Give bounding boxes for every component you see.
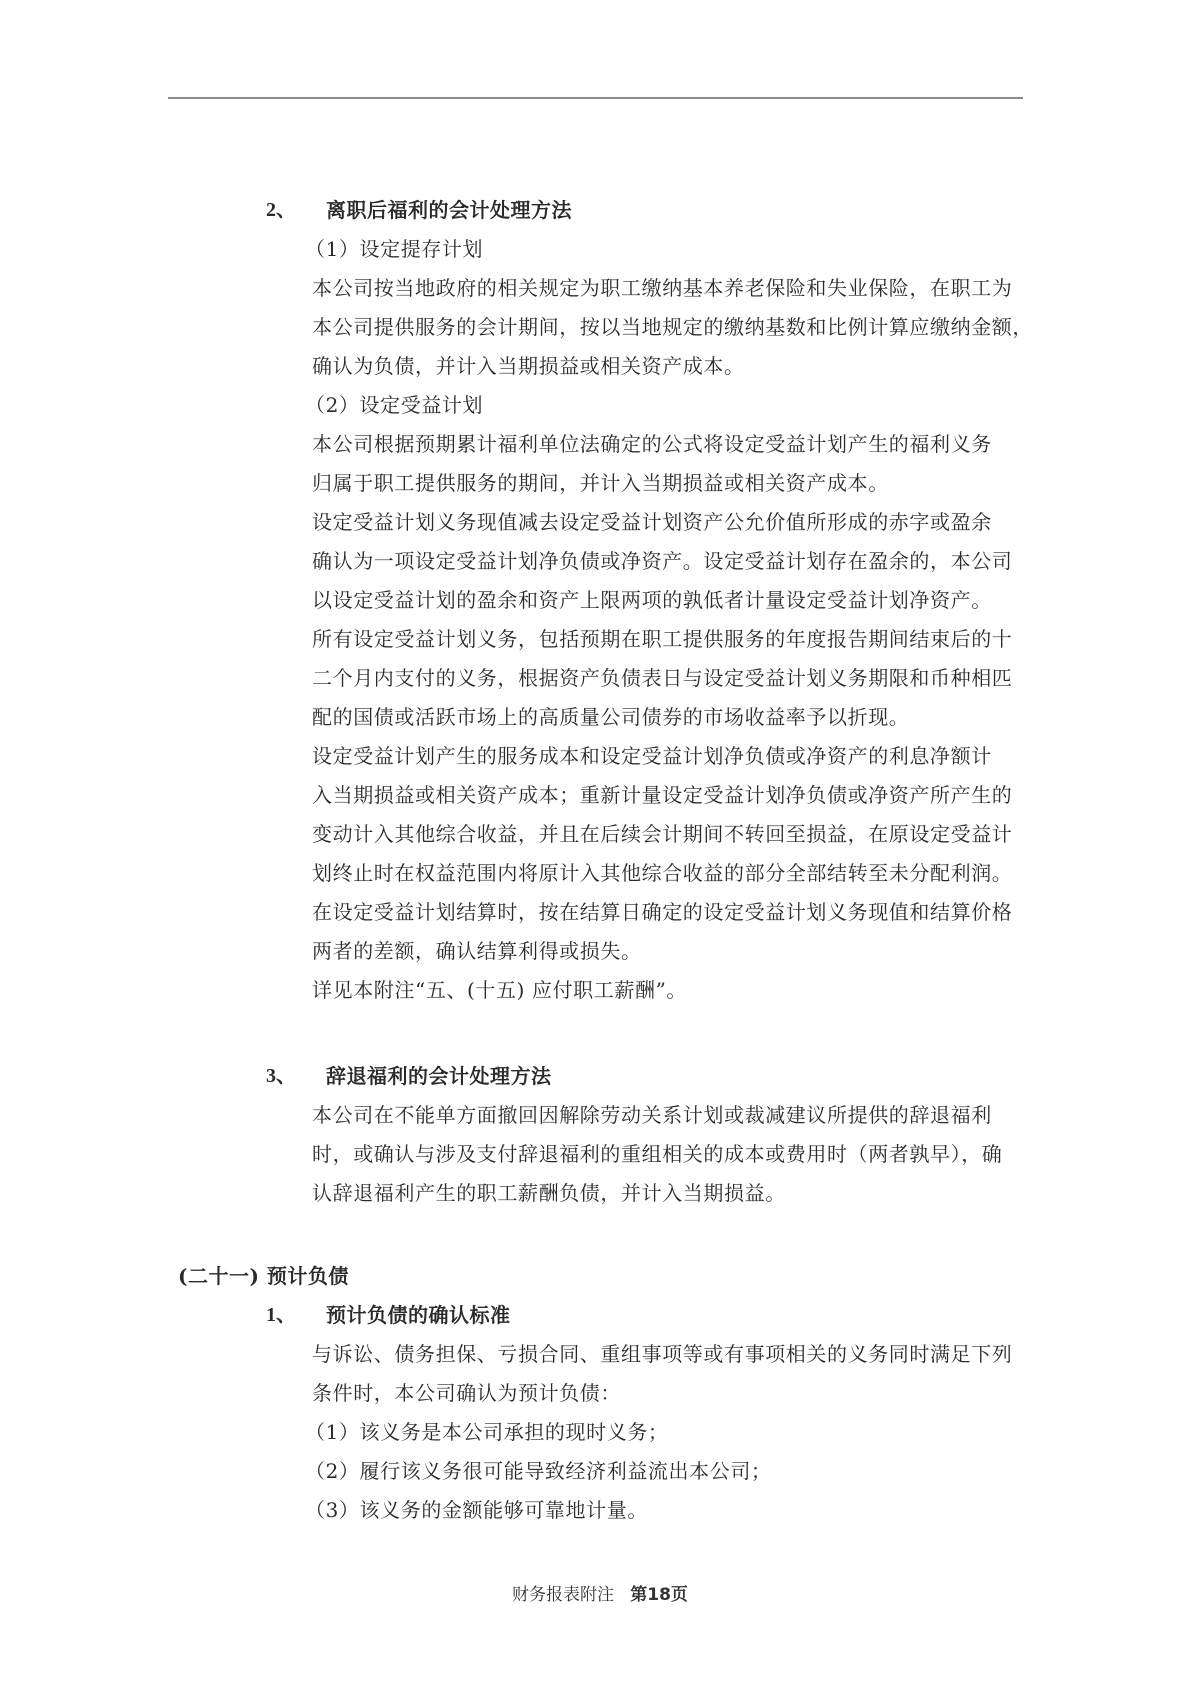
paragraph-line: 本公司根据预期累计福利单位法确定的公式将设定受益计划产生的福利义务 xyxy=(312,432,992,456)
section-heading: 辞退福利的会计处理方法 xyxy=(326,1064,552,1088)
paragraph-line: 确认为负债，并计入当期损益或相关资产成本。 xyxy=(312,354,745,378)
paragraph-line: 与诉讼、债务担保、亏损合同、重组事项等或有事项相关的义务同时满足下列 xyxy=(312,1342,1012,1366)
paragraph-line: 入当期损益或相关资产成本；重新计量设定受益计划净负债或净资产所产生的 xyxy=(312,783,1012,807)
paragraph-line: 划终止时在权益范围内将原计入其他综合收益的部分全部结转至未分配利润。 xyxy=(312,861,1012,885)
section-number: 1、 xyxy=(266,1303,296,1327)
subsection-heading: （1）设定提存计划 xyxy=(305,237,483,261)
list-item: （2）履行该义务很可能导致经济利益流出本公司； xyxy=(305,1459,772,1483)
chapter-heading: (二十一) 预计负债 xyxy=(178,1264,349,1288)
paragraph-line: 认辞退福利产生的职工薪酬负债，并计入当期损益。 xyxy=(312,1181,786,1205)
section-heading: 离职后福利的会计处理方法 xyxy=(326,198,572,222)
paragraph-line: 所有设定受益计划义务，包括预期在职工提供服务的年度报告期间结束后的十 xyxy=(312,627,1012,651)
page-footer: 财务报表附注 第18页 xyxy=(0,1580,1200,1605)
paragraph-line: 归属于职工提供服务的期间，并计入当期损益或相关资产成本。 xyxy=(312,471,889,495)
paragraph-line: 本公司提供服务的会计期间，按以当地规定的缴纳基数和比例计算应缴纳金额， xyxy=(312,315,1033,339)
section-number: 2、 xyxy=(266,198,296,222)
cross-reference: 详见本附注“五、(十五) 应付职工薪酬”。 xyxy=(312,978,687,1002)
paragraph-line: 本公司在不能单方面撤回因解除劳动关系计划或裁减建议所提供的辞退福利 xyxy=(312,1103,992,1127)
section-heading: 预计负债的确认标准 xyxy=(326,1303,511,1327)
paragraph-line: 变动计入其他综合收益，并且在后续会计期间不转回至损益，在原设定受益计 xyxy=(312,822,1012,846)
subsection-heading: （2）设定受益计划 xyxy=(305,393,483,417)
paragraph-line: 条件时，本公司确认为预计负债： xyxy=(312,1381,621,1405)
paragraph-line: 本公司按当地政府的相关规定为职工缴纳基本养老保险和失业保险，在职工为 xyxy=(312,276,1012,300)
paragraph-line: 以设定受益计划的盈余和资产上限两项的孰低者计量设定受益计划净资产。 xyxy=(312,588,992,612)
paragraph-line: 两者的差额，确认结算利得或损失。 xyxy=(312,939,642,963)
paragraph-line: 设定受益计划义务现值减去设定受益计划资产公允价值所形成的赤字或盈余 xyxy=(312,510,992,534)
footer-label: 财务报表附注 xyxy=(512,1585,614,1605)
paragraph-line: 时，或确认与涉及支付辞退福利的重组相关的成本或费用时（两者孰早），确 xyxy=(312,1142,1002,1166)
list-item: （3）该义务的金额能够可靠地计量。 xyxy=(305,1498,648,1522)
paragraph-line: 二个月内支付的义务，根据资产负债表日与设定受益计划义务期限和币种相匹 xyxy=(312,666,1012,690)
section-number: 3、 xyxy=(266,1064,296,1088)
paragraph-line: 设定受益计划产生的服务成本和设定受益计划净负债或净资产的利息净额计 xyxy=(312,744,992,768)
list-item: （1）该义务是本公司承担的现时义务； xyxy=(305,1420,669,1444)
paragraph-line: 在设定受益计划结算时，按在结算日确定的设定受益计划义务现值和结算价格 xyxy=(312,900,1012,924)
page-number: 第18页 xyxy=(630,1585,688,1605)
paragraph-line: 确认为一项设定受益计划净负债或净资产。设定受益计划存在盈余的，本公司 xyxy=(312,549,1012,573)
header-divider xyxy=(168,97,1023,99)
paragraph-line: 配的国债或活跃市场上的高质量公司债券的市场收益率予以折现。 xyxy=(312,705,909,729)
